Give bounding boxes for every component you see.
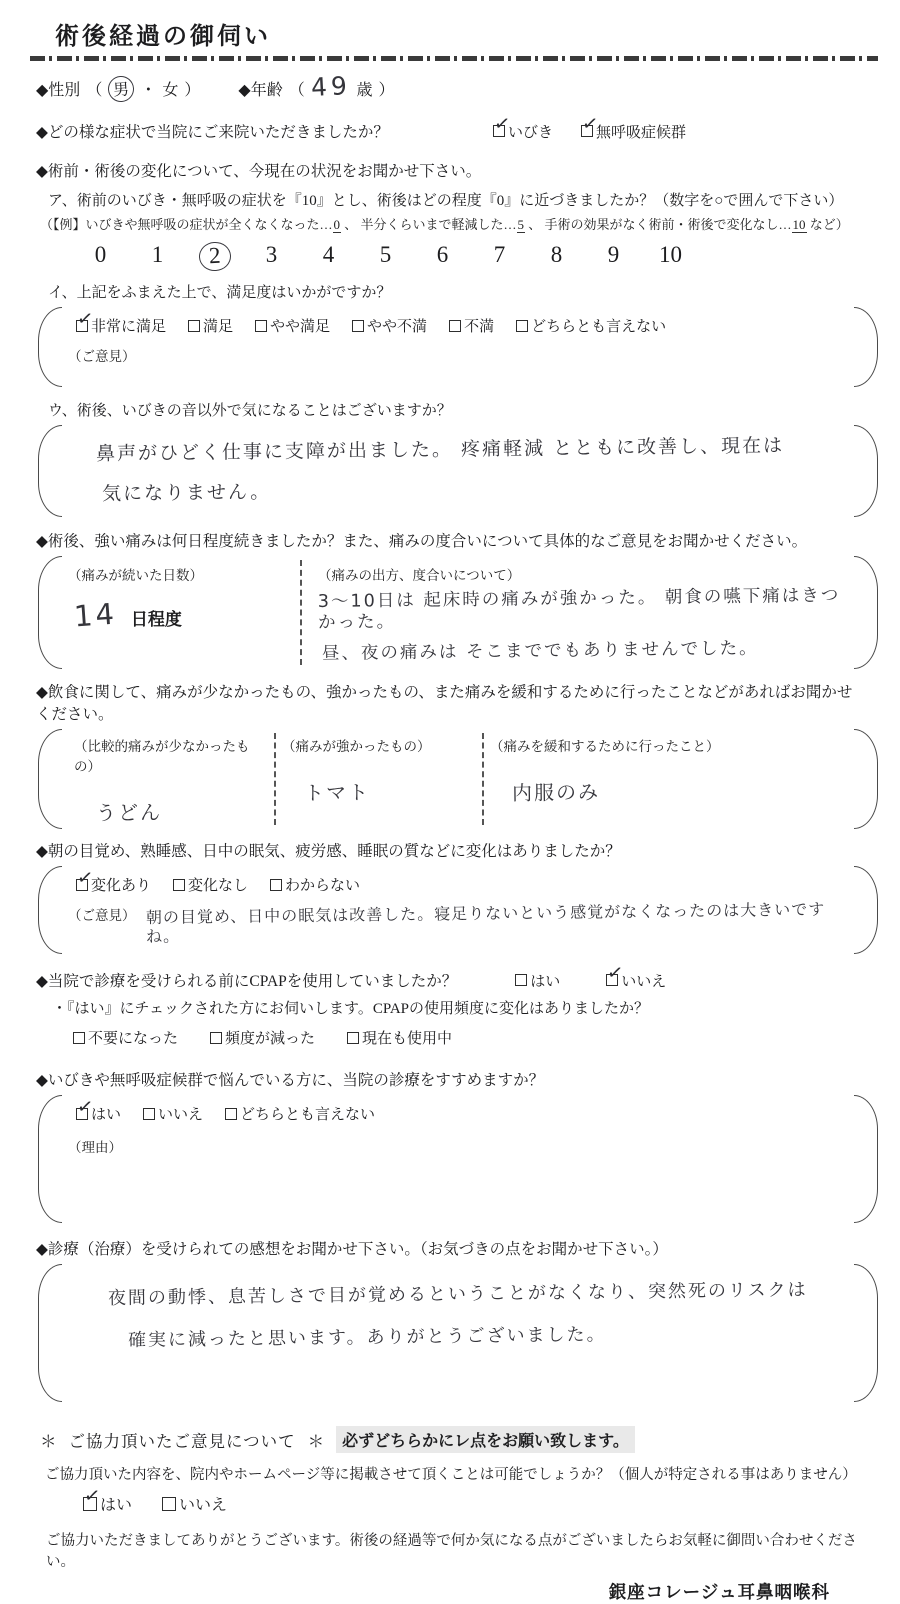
gender-paren-close: ） — [184, 77, 200, 100]
checkbox-label: はい — [100, 1492, 132, 1515]
checkbox-option-no[interactable]: ✓ いいえ — [606, 970, 666, 991]
scale-number-6[interactable]: 6 — [414, 242, 471, 271]
pain-heading: ◆術後、強い痛みは何日程度続きましたか？また、痛みの度合いについて具体的なご意見… — [36, 529, 864, 551]
handwritten-answer-line: 確実に減ったと思います。ありがとうございました。 — [128, 1321, 842, 1351]
checkbox[interactable] — [352, 320, 364, 332]
cpap-question: ◆当院で診療を受けられる前にCPAPを使用していましたか？ — [36, 969, 457, 991]
gender-paren-open: （ — [86, 77, 102, 100]
scale-number-2-circled[interactable]: 2 — [186, 242, 243, 271]
profile-row: ◆性別 （ 男 ・ 女 ） ◆年齢 （ 49 歳 ） — [36, 74, 900, 103]
checkbox[interactable]: ✓ — [76, 320, 88, 332]
change-heading: ◆術前・術後の変化について、今現在の状況をお聞かせ下さい。 — [36, 159, 864, 181]
scale-number-7[interactable]: 7 — [471, 242, 528, 271]
checkbox-label: 無呼吸症候群 — [596, 121, 686, 142]
satisfaction-options: ✓ 非常に満足 満足 やや満足 やや不満 不満 どちらとも言えない — [76, 315, 842, 336]
check-mark-icon: ✓ — [76, 1096, 96, 1117]
paren-right — [854, 556, 878, 669]
pain-days-column: （痛みが続いた日数） 14 日程度 — [68, 560, 300, 665]
checkbox-label: 変化あり — [91, 874, 151, 895]
age-value-handwritten: 49 — [310, 71, 351, 102]
handwritten-answer: うどん — [96, 799, 268, 825]
checkbox[interactable] — [516, 320, 528, 332]
checkbox-label: どちらとも言えない — [531, 315, 666, 336]
example-value-5: 5 — [517, 217, 526, 233]
checkbox[interactable]: ✓ — [581, 125, 593, 137]
handwritten-answer-line: 朝の目覚め、日中の眠気は改善した。寝足りないという感覚がなくなったのは大きいです… — [145, 899, 842, 946]
example-text: など） — [807, 217, 849, 232]
checkbox-option-snoring[interactable]: ✓ いびき — [493, 120, 553, 142]
checkbox-label: いいえ — [179, 1492, 227, 1515]
publish-question: ご協力頂いた内容を、院内やホームページ等に掲載させて頂くことは可能でしょうか？（… — [45, 1463, 864, 1484]
age-label: ◆年齢 — [238, 77, 282, 100]
checkbox-label: どちらとも言えない — [240, 1103, 375, 1124]
checkbox-label: いいえ — [158, 1103, 203, 1124]
comment-label: （ご意見） — [68, 904, 136, 924]
header-divider — [30, 56, 878, 61]
eating-column-relief: （痛みを緩和するために行ったこと） 内服のみ — [482, 733, 842, 825]
scale-number-0[interactable]: 0 — [72, 242, 129, 271]
checkbox-option-neither[interactable]: どちらとも言えない — [225, 1103, 375, 1124]
checkbox[interactable] — [449, 320, 461, 332]
pain-detail-column: （痛みの出方、度合いについて） 3〜10日は 起床時の痛みが強かった。 朝食の嚥… — [300, 560, 848, 665]
checkbox[interactable] — [210, 1032, 222, 1044]
handwritten-answer-line: 昼、夜の痛みは そこまででもありませんでした。 — [322, 638, 848, 665]
paren-right — [854, 729, 878, 829]
check-mark-icon: ✓ — [83, 1485, 103, 1506]
impression-heading: ◆診療（治療）を受けられての感想をお聞かせ下さい。（お気づきの点をお聞かせ下さい… — [36, 1237, 864, 1259]
cpap-q2-options: 不要になった 頻度が減った 現在も使用中 — [73, 1027, 864, 1048]
paren-left — [38, 307, 62, 387]
star-icon: ＊ — [308, 1428, 325, 1452]
checkbox[interactable] — [515, 974, 527, 986]
age-unit: 歳 — [357, 77, 373, 100]
change-question-u: ウ、術後、いびきの音以外で気になることはございますか？ — [48, 399, 864, 420]
eating-answer-box: （比較的痛みが少なかったもの） うどん （痛みが強かったもの） トマト （痛みを… — [38, 729, 878, 829]
column-label: （比較的痛みが少なかったもの） — [74, 735, 268, 775]
change-question-i: イ、上記をふまえた上で、満足度はいかがですか？ — [48, 281, 864, 302]
scale-number-8[interactable]: 8 — [528, 242, 585, 271]
checkbox[interactable] — [255, 320, 267, 332]
recommend-heading: ◆いびきや無呼吸症候群で悩んでいる方に、当院の診療をすすめますか？ — [36, 1068, 864, 1090]
sleep-comment-row: （ご意見） 朝の目覚め、日中の眠気は改善した。寝足りないという感覚がなくなったの… — [68, 904, 842, 946]
checkbox-option-very-satisfied[interactable]: ✓ 非常に満足 — [76, 315, 166, 336]
change-example: （【例】いびきや無呼吸の症状が全くなくなった…0 、 半分くらいまで軽減した…5… — [40, 214, 870, 233]
eating-columns: （比較的痛みが少なかったもの） うどん （痛みが強かったもの） トマト （痛みを… — [68, 733, 842, 825]
checkbox-label: 非常に満足 — [91, 315, 166, 336]
checkbox-label: 不要になった — [88, 1027, 178, 1048]
example-text: 、 半分くらいまで軽減した… — [341, 217, 517, 232]
checkbox-option-no[interactable]: いいえ — [143, 1103, 203, 1124]
comment-label: （ご意見） — [68, 345, 842, 365]
checkbox[interactable]: ✓ — [76, 879, 88, 891]
checkbox-label: やや不満 — [367, 315, 427, 336]
paren-right — [854, 1264, 878, 1402]
checkbox[interactable] — [188, 320, 200, 332]
age-paren-open: （ — [289, 77, 305, 100]
column-label: （痛みを緩和するために行ったこと） — [490, 735, 836, 755]
paren-right — [854, 307, 878, 387]
checkbox-option-somewhat-dissatisfied[interactable]: やや不満 — [352, 315, 427, 336]
paren-left — [38, 866, 62, 954]
publish-options: ✓ はい いいえ — [83, 1492, 900, 1515]
checkbox-option-no[interactable]: いいえ — [162, 1492, 227, 1515]
recommend-options: ✓ はい いいえ どちらとも言えない — [76, 1103, 842, 1124]
gender-male-circled[interactable]: 男 — [107, 75, 135, 103]
checkbox-label: 不満 — [464, 315, 494, 336]
checkbox-label: 現在も使用中 — [362, 1027, 452, 1048]
checkbox-option-still-using[interactable]: 現在も使用中 — [347, 1027, 452, 1048]
paren-right — [854, 1095, 878, 1223]
paren-left — [38, 556, 62, 669]
scale-number-1[interactable]: 1 — [129, 242, 186, 271]
sleep-answer-box: ✓ 変化あり 変化なし わからない （ご意見） 朝の目覚め、日中の眠気は改善した… — [38, 866, 878, 954]
impression-answer-box: 夜間の動悸、息苦しさで目が覚めるということがなくなり、突然死のリスクは 確実に減… — [38, 1264, 878, 1402]
checkbox-option-yes[interactable]: ✓ はい — [76, 1103, 121, 1124]
paren-right — [854, 866, 878, 954]
checkbox-option-reduced-frequency[interactable]: 頻度が減った — [210, 1027, 315, 1048]
checkbox-label: やや満足 — [270, 315, 330, 336]
pain-days-value-handwritten: 14 — [73, 597, 118, 634]
rating-scale: 0 1 2 3 4 5 6 7 8 9 10 — [72, 242, 900, 271]
checkbox-option-apnea[interactable]: ✓ 無呼吸症候群 — [581, 120, 686, 142]
check-mark-icon: ✓ — [76, 308, 96, 329]
checkbox-option-dissatisfied[interactable]: 不満 — [449, 315, 494, 336]
gender-male-label: 男 — [113, 81, 130, 99]
cpap-q1-options: はい ✓ いいえ — [515, 970, 666, 991]
handwritten-answer-line: 3〜10日は 起床時の痛みが強かった。 朝食の嚥下痛はきつかった。 — [318, 586, 848, 634]
satisfaction-answer-box: ✓ 非常に満足 満足 やや満足 やや不満 不満 どちらとも言えない （ご意見） — [38, 307, 878, 387]
example-value-0: 0 — [333, 217, 342, 233]
checkbox[interactable] — [162, 1497, 176, 1511]
example-text: 、 手術の効果がなく術前・術後で変化なし… — [525, 217, 792, 232]
checkbox-label: 変化なし — [188, 874, 248, 895]
thanks-message: ご協力いただきましてありがとうございます。術後の経過等で何か気になる点がございま… — [46, 1529, 870, 1571]
pain-answer-box: （痛みが続いた日数） 14 日程度 （痛みの出方、度合いについて） 3〜10日は… — [38, 556, 878, 669]
column-label: （痛みが強かったもの） — [282, 735, 476, 755]
sleep-heading: ◆朝の目覚め、熟睡感、日中の眠気、疲労感、睡眠の質などに変化はありましたか？ — [36, 839, 864, 861]
checkbox[interactable]: ✓ — [606, 974, 618, 986]
paren-left — [38, 729, 62, 829]
checkbox[interactable]: ✓ — [83, 1497, 97, 1511]
checkbox[interactable] — [173, 879, 185, 891]
checkbox[interactable]: ✓ — [493, 125, 505, 137]
eating-column-more-pain: （痛みが強かったもの） トマト — [274, 733, 482, 825]
pain-days-row: 14 日程度 — [74, 598, 300, 632]
checkbox-label: 満足 — [203, 315, 233, 336]
checkbox-option-changed[interactable]: ✓ 変化あり — [76, 874, 151, 895]
check-mark-icon: ✓ — [581, 114, 601, 135]
handwritten-answer: 内服のみ — [512, 777, 836, 805]
page-title: 術後経過の御伺い — [55, 16, 900, 51]
pain-detail-label: （痛みの出方、度合いについて） — [318, 564, 848, 584]
scale-number-9[interactable]: 9 — [585, 242, 642, 271]
gender-label: ◆性別 — [36, 77, 80, 100]
checkbox-option-unknown[interactable]: わからない — [270, 874, 360, 895]
checkbox-label: いいえ — [621, 970, 666, 991]
checkbox-label: はい — [91, 1103, 121, 1124]
checkbox-label: 頻度が減った — [225, 1027, 315, 1048]
checkbox[interactable] — [270, 879, 282, 891]
gender-dot: ・ — [140, 77, 156, 100]
checkbox-label: はい — [530, 970, 560, 991]
recommend-answer-box: ✓ はい いいえ どちらとも言えない （理由） — [38, 1095, 878, 1223]
scale-number-4[interactable]: 4 — [300, 242, 357, 271]
pain-columns: （痛みが続いた日数） 14 日程度 （痛みの出方、度合いについて） 3〜10日は… — [68, 560, 848, 665]
eating-heading: ◆飲食に関して、痛みが少なかったもの、強かったもの、また痛みを緩和するために行っ… — [36, 680, 864, 724]
scale-number-5[interactable]: 5 — [357, 242, 414, 271]
consent-title-row: ＊ ご協力頂いたご意見について ＊ 必ずどちらかにレ点をお願い致します。 — [40, 1426, 864, 1453]
other-concerns-answer-box: 鼻声がひどく仕事に支障が出ました。 疼痛軽減 とともに改善し、現在は 気になりま… — [38, 425, 878, 517]
consent-title: ご協力頂いたご意見について — [69, 1428, 296, 1452]
check-mark-icon: ✓ — [76, 867, 96, 888]
handwritten-answer-line: 鼻声がひどく仕事に支障が出ました。 疼痛軽減 とともに改善し、現在は — [96, 434, 842, 466]
paren-left — [38, 425, 62, 517]
pain-days-unit: 日程度 — [131, 605, 182, 630]
eating-column-less-pain: （比較的痛みが少なかったもの） うどん — [68, 733, 274, 825]
checkbox-label: いびき — [508, 121, 553, 142]
handwritten-answer-line: 気になりません。 — [102, 474, 842, 506]
symptom-row: ◆どの様な症状で当院にご来院いただきましたか？ ✓ いびき ✓ 無呼吸症候群 — [36, 120, 864, 142]
check-mark-icon: ✓ — [493, 114, 513, 135]
handwritten-answer-line: 夜間の動悸、息苦しさで目が覚めるということがなくなり、突然死のリスクは — [108, 1279, 842, 1310]
symptom-question: ◆どの様な症状で当院にご来院いただきましたか？ — [36, 120, 389, 142]
consent-required-note: 必ずどちらかにレ点をお願い致します。 — [336, 1426, 635, 1453]
symptom-options: ✓ いびき ✓ 無呼吸症候群 — [493, 120, 686, 142]
checkbox-option-satisfied[interactable]: 満足 — [188, 315, 233, 336]
checkbox-option-somewhat-satisfied[interactable]: やや満足 — [255, 315, 330, 336]
checkbox[interactable] — [225, 1108, 237, 1120]
gender-female-label[interactable]: 女 — [162, 77, 178, 100]
scale-number-3[interactable]: 3 — [243, 242, 300, 271]
paren-left — [38, 1264, 62, 1402]
cpap-followup-question: ・『はい』にチェックされた方にお伺いします。CPAPの使用頻度に変化はありました… — [52, 997, 864, 1018]
star-icon: ＊ — [40, 1428, 57, 1452]
example-value-10: 10 — [792, 217, 807, 233]
checkbox-option-yes[interactable]: ✓ はい — [83, 1492, 132, 1515]
checkbox[interactable] — [73, 1032, 85, 1044]
scale-number-10[interactable]: 10 — [642, 242, 699, 271]
checkbox-label: わからない — [285, 874, 360, 895]
example-text: （【例】いびきや無呼吸の症状が全くなくなった… — [40, 217, 333, 232]
checkbox[interactable] — [143, 1108, 155, 1120]
clinic-name: 銀座コレージュ耳鼻咽喉科 — [0, 1579, 830, 1604]
checkbox[interactable]: ✓ — [76, 1108, 88, 1120]
check-mark-icon: ✓ — [606, 963, 626, 984]
pain-days-label: （痛みが続いた日数） — [68, 564, 300, 584]
checkbox-option-neither[interactable]: どちらとも言えない — [516, 315, 666, 336]
checkbox-option-yes[interactable]: はい — [515, 970, 560, 991]
cpap-question-row: ◆当院で診療を受けられる前にCPAPを使用していましたか？ はい ✓ いいえ — [36, 969, 864, 991]
paren-right — [854, 425, 878, 517]
sleep-options: ✓ 変化あり 変化なし わからない — [76, 874, 842, 895]
paren-left — [38, 1095, 62, 1223]
handwritten-answer: トマト — [304, 779, 476, 805]
checkbox-option-no-longer-needed[interactable]: 不要になった — [73, 1027, 178, 1048]
checkbox[interactable] — [347, 1032, 359, 1044]
reason-label: （理由） — [68, 1136, 842, 1156]
age-paren-close: ） — [379, 77, 395, 100]
checkbox-option-no-change[interactable]: 変化なし — [173, 874, 248, 895]
change-question-a: ア、術前のいびき・無呼吸の症状を『10』とし、術後はどの程度『0』に近づきました… — [48, 189, 864, 210]
